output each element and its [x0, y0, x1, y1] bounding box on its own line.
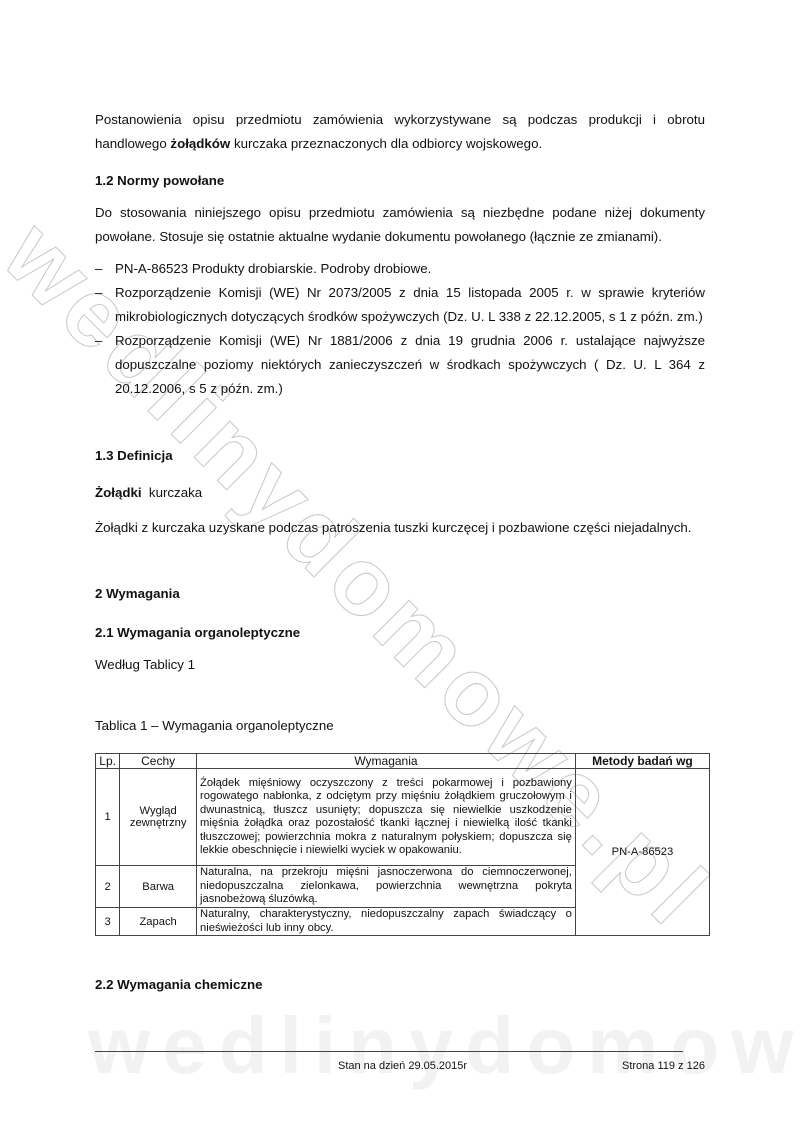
footer-divider — [95, 1051, 683, 1052]
table-header-row: Lp. Cechy Wymagania Metody badań wg — [96, 754, 710, 769]
norms-paragraph: Do stosowania niniejszego opisu przedmio… — [95, 201, 705, 249]
dash-bullet-icon: – — [95, 257, 102, 281]
cell-lp: 3 — [96, 908, 120, 936]
header-cechy: Cechy — [120, 754, 197, 769]
list-item-text: Rozporządzenie Komisji (WE) Nr 1881/2006… — [115, 333, 705, 396]
footer-page-number: Strona 119 z 126 — [622, 1060, 705, 1072]
cell-wymaganie: Naturalny, charakterystyczny, niedopuszc… — [197, 908, 576, 936]
cell-lp: 2 — [96, 866, 120, 908]
list-item: – PN-A-86523 Produkty drobiarskie. Podro… — [95, 257, 705, 281]
list-item-text: Rozporządzenie Komisji (WE) Nr 2073/2005… — [115, 285, 705, 324]
heading-1-2: 1.2 Normy powołane — [95, 173, 224, 188]
list-item: – Rozporządzenie Komisji (WE) Nr 1881/20… — [95, 329, 705, 401]
intro-text-1: Postanowienia — [95, 112, 193, 127]
dash-bullet-icon: – — [95, 281, 102, 305]
header-wymagania: Wymagania — [197, 754, 576, 769]
cell-wymaganie: Naturalna, na przekroju mięśni jasnoczer… — [197, 866, 576, 908]
intro-text-4: żołądków — [170, 136, 230, 151]
table-row: 1 Wygląd zewnętrzny Żołądek mięśniowy oc… — [96, 769, 710, 866]
header-lp: Lp. — [96, 754, 120, 769]
definition-text: Żołądki z kurczaka uzyskane podczas patr… — [95, 516, 705, 540]
heading-2: 2 Wymagania — [95, 586, 180, 601]
heading-2-1: 2.1 Wymagania organoleptyczne — [95, 625, 300, 640]
definition-term-bold: Żołądki — [95, 485, 142, 500]
heading-2-2: 2.2 Wymagania chemiczne — [95, 977, 263, 992]
cell-wymaganie: Żołądek mięśniowy oczyszczony z treści p… — [197, 769, 576, 866]
according-to-table: Według Tablicy 1 — [95, 653, 705, 677]
cell-lp: 1 — [96, 769, 120, 866]
list-item: – Rozporządzenie Komisji (WE) Nr 2073/20… — [95, 281, 705, 329]
list-item-text: PN-A-86523 Produkty drobiarskie. Podroby… — [115, 261, 431, 276]
footer-date: Stan na dzień 29.05.2015r — [338, 1060, 467, 1072]
intro-paragraph: Postanowienia opisu przedmiotu zamówieni… — [95, 108, 705, 156]
requirements-table: Lp. Cechy Wymagania Metody badań wg 1 Wy… — [95, 753, 710, 936]
cell-cecha: Wygląd zewnętrzny — [120, 769, 197, 866]
cell-cecha: Barwa — [120, 866, 197, 908]
definition-term: Żołądki kurczaka — [95, 485, 202, 500]
intro-text-3: handlowego — [95, 136, 170, 151]
heading-1-3: 1.3 Definicja — [95, 448, 173, 463]
definition-term-rest: kurczaka — [142, 485, 203, 500]
document-page: wedlinydomowe.pl wedlinydomowe.pl Postan… — [0, 0, 800, 1132]
dash-bullet-icon: – — [95, 329, 102, 353]
header-metody: Metody badań wg — [575, 754, 709, 769]
cell-cecha: Zapach — [120, 908, 197, 936]
intro-text-5: kurczaka przeznaczonych dla odbiorcy woj… — [230, 136, 542, 151]
cell-metoda: PN-A-86523 — [575, 769, 709, 936]
norms-list: – PN-A-86523 Produkty drobiarskie. Podro… — [95, 257, 705, 401]
intro-text-2: opisu przedmiotu zamówienia wykorzystywa… — [193, 112, 705, 127]
table-caption: Tablica 1 – Wymagania organoleptyczne — [95, 714, 705, 738]
